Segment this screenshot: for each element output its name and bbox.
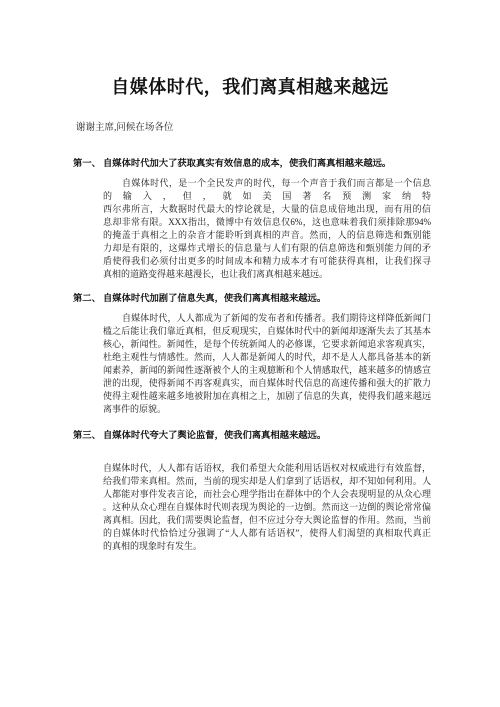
section-third-body: 自媒体时代，人人都有话语权，我们希望大众能利用话语权对权威进行有效监督，给我们带… [103, 462, 431, 553]
text-line: 给我们带来真相。然而，当前的现实却是人们拿到了话语权，却不知如何利用。人 [103, 475, 431, 488]
section-third: 第三、 自媒体时代夸大了舆论监督，使我们离真相越来越远。 自媒体时代，人人都有话… [73, 430, 500, 553]
text-line: 人都能对事件发表言论，而社会心理学指出在群体中的个人会表现明显的从众心理 [103, 488, 431, 501]
text-line: 。这种从众心理在自媒体时代则表现为舆论的一边倒。然而这一边倒的舆论常常偏 [103, 501, 431, 514]
text-line: 的真相的现象时有发生。 [103, 540, 431, 553]
text-line: 的掩盖于真相之上的杂音才能聆听到真相的声音。然而，人的信息筛选和甄别能 [103, 229, 431, 242]
text-line: 力却是有限的，这爆炸式增长的信息量与人们有限的信息筛选和甄别能力间的矛 [103, 242, 431, 255]
greeting-line: 谢谢主席,问候在场各位 [76, 122, 500, 134]
text-line: 自媒体时代，是一个全民发声的时代，每一个声音于我们而言都是一个信息 [103, 177, 431, 190]
text-line: 真相的道路变得越来越漫长，也让我们离真相越来越远。 [103, 268, 431, 281]
text-line: 息却非常有限。XXX指出，微博中有效信息仅6%，这也意味着我们须排除那94% [103, 216, 431, 229]
text-line: 离真相。因此，我们需要舆论监督，但不应过分夸大舆论监督的作用。然而，当前 [103, 514, 431, 527]
text-line: 盾使得我们必须付出更多的时间成本和精力成本才有可能获得真相，让我们探寻 [103, 255, 431, 268]
text-line: 的输入，但，就如美国著名预测家纳特 [103, 190, 431, 203]
text-line: 自媒体时代，人人都有话语权，我们希望大众能利用话语权对权威进行有效监督， [103, 462, 431, 475]
section-first-body: 自媒体时代，是一个全民发声的时代，每一个声音于我们而言都是一个信息的输入，但，就… [103, 177, 431, 281]
document-page: 自媒体时代，我们离真相越来越远 谢谢主席,问候在场各位 第一、 自媒体时代加大了… [0, 0, 500, 707]
section-second-heading-row: 第二、 自媒体时代加剧了信息失真，使我们离真相越来越远。 [73, 293, 500, 306]
text-line: 闻素养，新闻的新闻性逐渐被个人的主观臆断和个人情感取代，越来越多的情感宣 [103, 364, 431, 377]
section-first-heading: 自媒体时代加大了获取真实有效信息的成本，使我们离真相越来越远。 [103, 158, 391, 171]
sections-container: 第一、 自媒体时代加大了获取真实有效信息的成本，使我们离真相越来越远。 自媒体时… [73, 158, 500, 553]
text-line: 使得主观性越来越多地被附加在真相之上，加剧了信息的失真，使得我们越来越远 [103, 390, 431, 403]
text-line: 杜绝主观性与情感性。然而，人人都是新闻人的时代，却不是人人都具备基本的新 [103, 351, 431, 364]
section-third-heading: 自媒体时代夸大了舆论监督，使我们离真相越来越远。 [103, 430, 326, 443]
text-line: 离事件的原貌。 [103, 403, 431, 416]
text-line: 的自媒体时代恰恰过分强调了“人人都有话语权”，使得人们渴望的真相取代真正 [103, 527, 431, 540]
section-first-heading-row: 第一、 自媒体时代加大了获取真实有效信息的成本，使我们离真相越来越远。 [73, 158, 500, 171]
section-second: 第二、 自媒体时代加剧了信息失真，使我们离真相越来越远。 自媒体时代，人人都成为… [73, 293, 500, 416]
section-first: 第一、 自媒体时代加大了获取真实有效信息的成本，使我们离真相越来越远。 自媒体时… [73, 158, 500, 281]
section-second-heading: 自媒体时代加剧了信息失真，使我们离真相越来越远。 [103, 293, 326, 306]
text-line: 自媒体时代，人人都成为了新闻的发布者和传播者。我们期待这样降低新闻门 [103, 312, 431, 325]
text-line: 核心，新闻性。新闻性，是每个传统新闻人的必修课，它要求新闻追求客观真实， [103, 338, 431, 351]
text-line: 槛之后能让我们靠近真相，但反观现实，自媒体时代中的新闻却逐渐失去了其基本 [103, 325, 431, 338]
section-third-label: 第三、 [73, 430, 103, 443]
text-line: 泄的出现，使得新闻不再客观真实，而自媒体时代信息的高速传播和强大的扩散力 [103, 377, 431, 390]
section-second-body: 自媒体时代，人人都成为了新闻的发布者和传播者。我们期待这样降低新闻门槛之后能让我… [103, 312, 431, 416]
section-third-heading-row: 第三、 自媒体时代夸大了舆论监督，使我们离真相越来越远。 [73, 430, 500, 443]
text-line: 西尔弗所言，大数据时代最大的悖论就是，大量的信息成倍地出现，而有用的信 [103, 203, 431, 216]
section-first-label: 第一、 [73, 158, 103, 171]
document-title: 自媒体时代，我们离真相越来越远 [0, 0, 500, 98]
section-second-label: 第二、 [73, 293, 103, 306]
